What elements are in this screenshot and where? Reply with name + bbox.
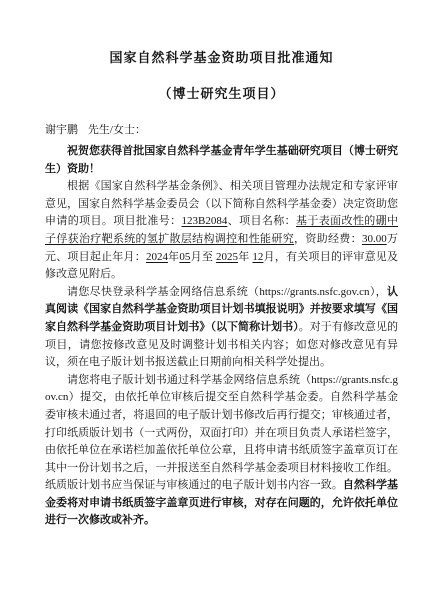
- text-segment: 12: [252, 251, 263, 263]
- text-segment: 123B2084: [182, 215, 228, 227]
- recipient-name: 谢宇鹏: [45, 124, 78, 136]
- text-segment: 2024: [146, 251, 168, 263]
- text-segment: 2025: [216, 251, 238, 263]
- paragraph: 请您将电子版计划书通过科学基金网络信息系统（https://grants.nsf…: [45, 372, 398, 530]
- text-segment: 请您尽快登录科学基金网络信息系统（https://grants.nsfc.gov…: [67, 286, 387, 298]
- text-segment: 年: [168, 251, 179, 263]
- text-segment: ，资助经费：: [294, 233, 362, 245]
- text-segment: 月至: [190, 251, 216, 263]
- document-title: 国家自然科学基金资助项目批准通知: [45, 47, 398, 66]
- text-segment: 请您将电子版计划书通过科学基金网络信息系统（https://grants.nsf…: [45, 374, 398, 492]
- text-segment: 05: [179, 251, 190, 263]
- text-segment: 、项目名称：: [227, 215, 296, 227]
- paragraphs: 祝贺您获得首批国家自然科学基金青年学生基础研究项目（博士研究生）资助！根据《国家…: [45, 143, 398, 530]
- paragraph: 根据《国家自然科学基金条例》、相关项目管理办法规定和专家评审意见，国家自然科学基…: [45, 178, 398, 284]
- paragraph: 请您尽快登录科学基金网络信息系统（https://grants.nsfc.gov…: [45, 284, 398, 372]
- document-page: 国家自然科学基金资助项目批准通知 （博士研究生项目） 谢宇鹏先生/女士： 祝贺您…: [0, 0, 433, 613]
- paragraph: 祝贺您获得首批国家自然科学基金青年学生基础研究项目（博士研究生）资助！: [45, 143, 398, 178]
- text-segment: 30.00: [362, 233, 387, 245]
- salutation-suffix: 先生/女士：: [88, 124, 146, 136]
- salutation-line: 谢宇鹏先生/女士：: [45, 123, 398, 138]
- text-segment: 年: [238, 251, 252, 263]
- text-segment: 祝贺您获得首批国家自然科学基金青年学生基础研究项目（博士研究生）资助！: [45, 145, 398, 175]
- document-subtitle: （博士研究生项目）: [45, 83, 398, 102]
